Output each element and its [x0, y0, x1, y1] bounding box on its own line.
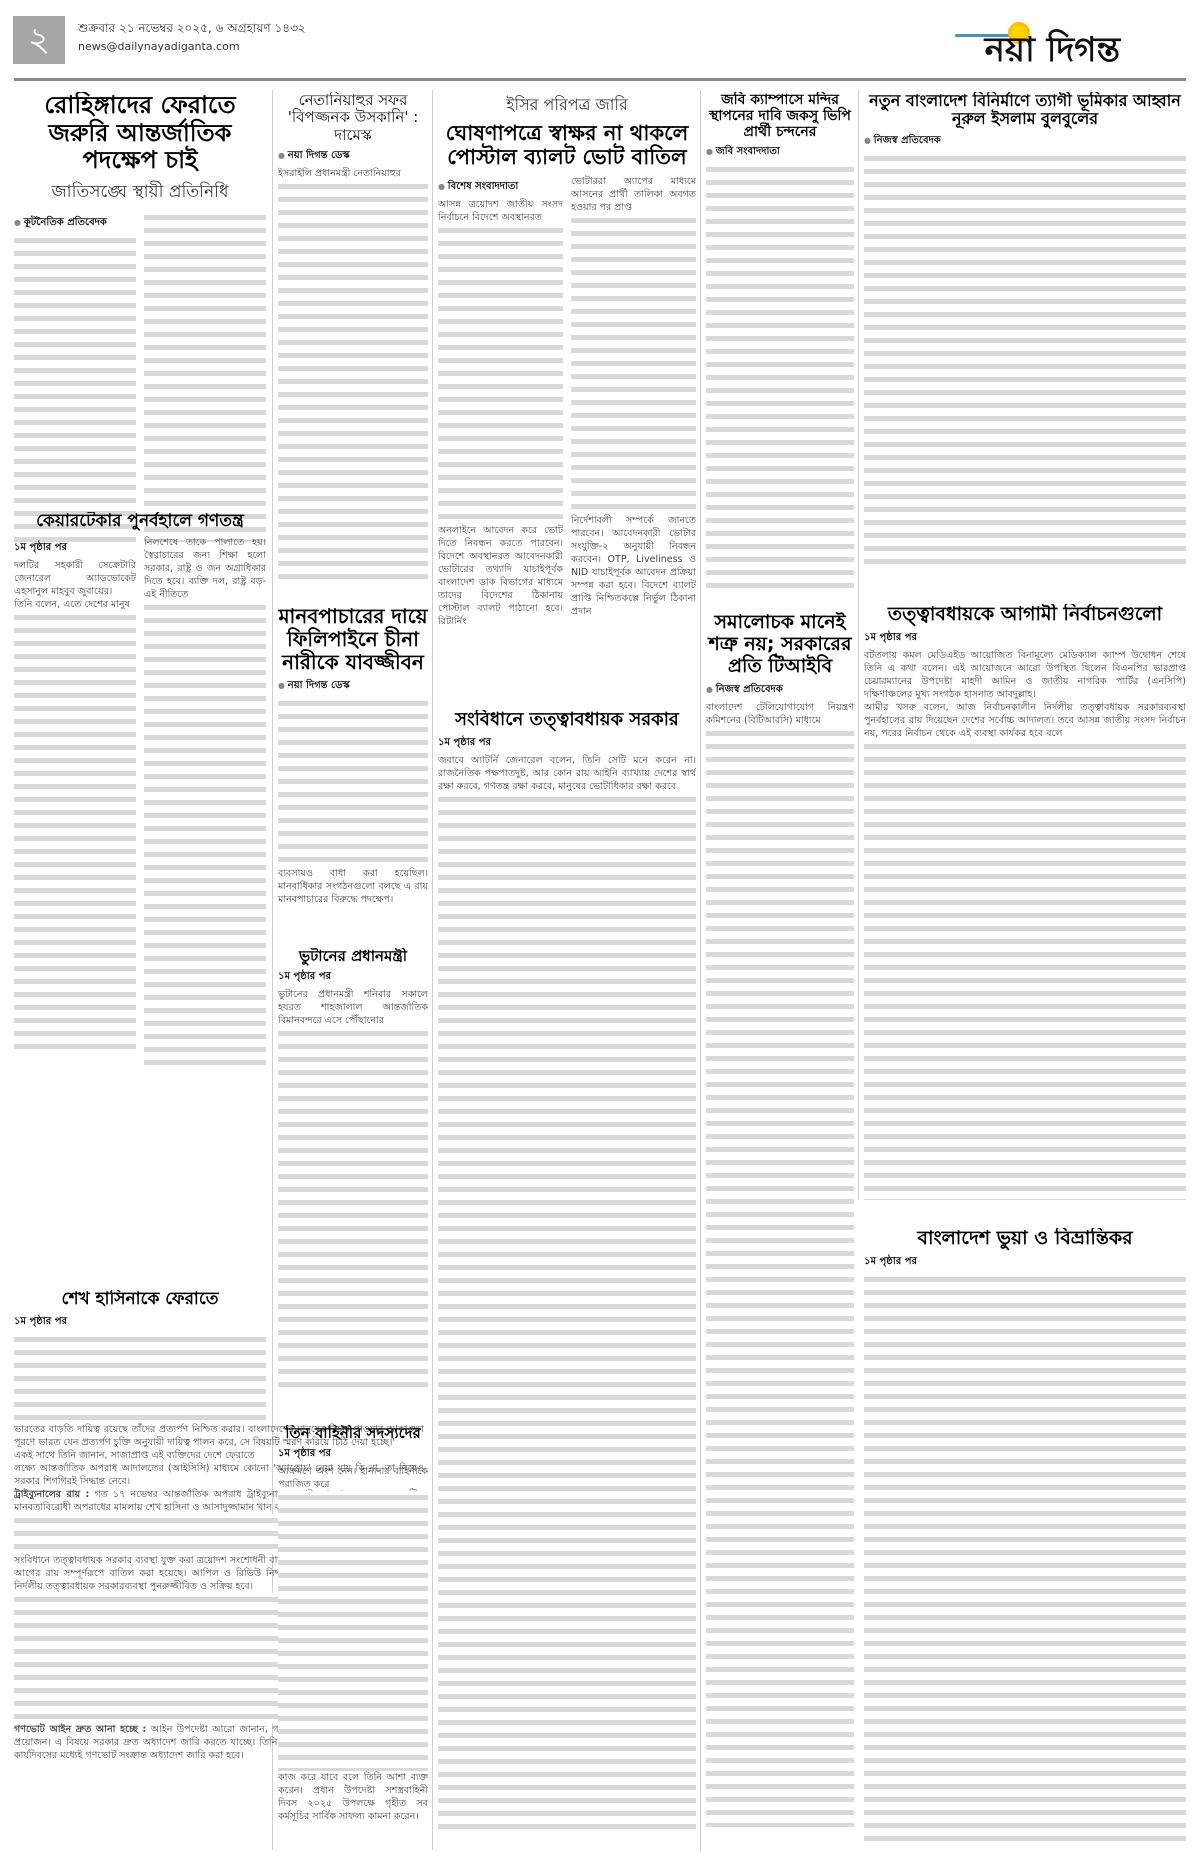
article-body — [864, 740, 1186, 1200]
newspaper-logo: নয়া দিগন্ত — [985, 24, 1120, 81]
article-body — [14, 234, 136, 542]
article-jabi-temple: জবি ক্যাম্পাসে মন্দির স্থাপনের দাবি জকসু… — [706, 92, 854, 592]
article-text: ভোটাররা অ্যাপের মাধ্যমে আসনের প্রার্থী ত… — [571, 175, 696, 214]
article-human-trafficking: মানবপাচারের দায়ে ফিলিপাইনে চীনা নারীকে … — [278, 605, 428, 945]
article-body — [14, 611, 136, 1051]
continued-label: ১ম পৃষ্ঠার পর — [278, 969, 428, 986]
publication-date: শুক্রবার ২১ নভেম্বর ২০২৫, ৬ অগ্রহায়ণ ১৪… — [78, 20, 306, 40]
continued-label: ১ম পৃষ্ঠার পর — [864, 630, 1186, 647]
column-divider — [858, 90, 859, 1200]
article-text: ব্যবসায়ও বাধা করা হয়েছিল। মানবাধিকার স… — [278, 867, 428, 906]
subsection-label: ট্রাইব্যুনালের রায় : — [14, 1489, 89, 1500]
byline: কূটনৈতিক প্রতিবেদক — [14, 215, 136, 232]
article-bulbul: নতুন বাংলাদেশ বিনির্মাণে ত্যাগী ভূমিকার … — [864, 92, 1186, 597]
article-text: ভুটানের প্রধানমন্ত্রী শনিবার সকালে হযরত … — [278, 988, 428, 1027]
article-text: বটতলায় কমল মেডিএইড আয়োজিত বিনামূল্যে ম… — [864, 649, 1186, 701]
article-postal-ballot: ইসির পরিপত্র জারি ঘোষণাপত্রে স্বাক্ষর না… — [438, 92, 696, 702]
headline[interactable]: মানবপাচারের দায়ে ফিলিপাইনে চীনা নারীকে … — [278, 605, 428, 674]
masthead-rule — [14, 78, 1186, 81]
column-divider — [700, 90, 701, 1850]
byline: নয়া দিগন্ত ডেস্ক — [278, 148, 428, 165]
article-body — [278, 1491, 428, 1771]
article-body — [144, 601, 266, 1071]
article-body — [864, 152, 1186, 572]
article-body — [14, 1333, 266, 1423]
article-text: আমীর খসরু বলেন, আজ নির্বাচনকালীন নির্দলী… — [864, 701, 1186, 740]
continued-label: ১ম পৃষ্ঠার পর — [864, 1254, 1186, 1271]
subsection-label: গণভোট আইন দ্রুত আনা হচ্ছে : — [14, 1724, 146, 1735]
article-caretaker-elections: তত্ত্বাবধায়কে আগামী নির্বাচনগুলো ১ম পৃষ… — [864, 604, 1186, 1214]
article-body — [278, 180, 428, 580]
byline: নয়া দিগন্ত ডেস্ক — [278, 678, 428, 695]
article-text: নির্দেশাবলী সম্পর্কে জানতে পারবেন। আবেদন… — [571, 514, 696, 618]
article-text: বাংলাদেশ টেলিযোগাযোগ নিয়ন্ত্রণ কমিশনের … — [706, 701, 854, 727]
article-bhutan: ভুটানের প্রধানমন্ত্রী ১ম পৃষ্ঠার পর ভুটা… — [278, 948, 428, 1418]
page-number-badge: ২ — [13, 16, 65, 64]
article-text: কাজ করে যাবে বলে তিনি আশা ব্যক্ত করেন। প… — [278, 1771, 428, 1823]
subhead: জাতিসঙ্ঘে স্থায়ী প্রতিনিধি — [14, 179, 266, 207]
article-body — [438, 224, 563, 524]
article-tib: সমালোচক মানেই শত্রু নয়; সরকারের প্রতি ট… — [706, 612, 854, 1862]
article-text: দলটির সহকারী সেক্রেটারি জেনারেল অ্যাডভোক… — [14, 559, 136, 598]
article-body — [144, 211, 266, 542]
article-netanyahu: নেতানিয়াহুর সফর 'বিপজ্জনক উসকানি' : দাম… — [278, 92, 428, 592]
headline[interactable]: নতুন বাংলাদেশ বিনির্মাণে ত্যাগী ভূমিকার … — [864, 92, 1186, 129]
article-text: নিলশেষে তাকে পালাতে হয়। স্বৈরাচারের জন্… — [144, 536, 266, 601]
article-fake-misleading: বাংলাদেশ ভুয়া ও বিভ্রান্তিকর ১ম পৃষ্ঠার… — [864, 1228, 1186, 1858]
article-text: ইসরাইলি প্রধানমন্ত্রী নেতানিয়াহুর — [278, 167, 428, 180]
article-body — [278, 1027, 428, 1387]
headline[interactable]: সংবিধানে তত্ত্বাবধায়ক সরকার — [438, 710, 696, 731]
article-body — [864, 1273, 1186, 1843]
masthead: ২ শুক্রবার ২১ নভেম্বর ২০২৫, ৬ অগ্রহায়ণ … — [0, 0, 1200, 78]
headline[interactable]: সমালোচক মানেই শত্রু নয়; সরকারের প্রতি ট… — [706, 612, 854, 678]
article-text: আক্রমণে অংশ নেন। হানাদার বাহিনীকে পরাজিত… — [278, 1465, 428, 1491]
headline[interactable]: বাংলাদেশ ভুয়া ও বিভ্রান্তিকর — [864, 1228, 1186, 1250]
headline[interactable]: জবি ক্যাম্পাসে মন্দির স্থাপনের দাবি জকসু… — [706, 92, 854, 140]
headline[interactable]: রোহিঙ্গাদের ফেরাতে জরুরি আন্তর্জাতিক পদক… — [14, 92, 266, 175]
article-body — [706, 163, 854, 592]
article-text: অনলাইনে আবেদন করে ভোট দিতে নিবন্ধন করতে … — [438, 524, 563, 628]
contact-email[interactable]: news@dailynayadiganta.com — [78, 40, 240, 53]
article-body — [706, 727, 854, 1827]
article-rohingya: রোহিঙ্গাদের ফেরাতে জরুরি আন্তর্জাতিক পদক… — [14, 92, 266, 542]
continued-label: ১ম পৃষ্ঠার পর — [438, 735, 696, 752]
continued-label: ১ম পৃষ্ঠার পর — [14, 540, 136, 557]
article-three-forces: তিন বাহিনীর সদস্যদের ১ম পৃষ্ঠার পর আক্রম… — [278, 1425, 428, 1860]
kicker: ইসির পরিপত্র জারি — [438, 92, 696, 119]
headline[interactable]: ভুটানের প্রধানমন্ত্রী — [278, 948, 428, 965]
headline[interactable]: নেতানিয়াহুর সফর 'বিপজ্জনক উসকানি' : দাম… — [278, 92, 428, 144]
byline: নিজস্ব প্রতিবেদক — [864, 133, 1186, 150]
byline: বিশেষ সংবাদদাতা — [438, 179, 563, 196]
article-body — [438, 793, 696, 1833]
article-text: তিনি বলেন, এতে দেশের মানুষ — [14, 598, 136, 611]
byline: জবি সংবাদদাতা — [706, 144, 854, 161]
article-text: জবাবে অ্যাটর্নি জেনারেল বলেন, তিনি সেটি … — [438, 754, 696, 793]
article-body — [571, 214, 696, 514]
headline[interactable]: ঘোষণাপত্রে স্বাক্ষর না থাকলে পোস্টাল ব্য… — [438, 121, 696, 169]
column-divider — [432, 90, 433, 1850]
article-text: আসন্ন ত্রয়োদশ জাতীয় সংসদ নির্বাচনে বিদ… — [438, 198, 563, 224]
headline[interactable]: তত্ত্বাবধায়কে আগামী নির্বাচনগুলো — [864, 604, 1186, 626]
byline: নিজস্ব প্রতিবেদক — [706, 682, 854, 699]
article-constitution: সংবিধানে তত্ত্বাবধায়ক সরকার ১ম পৃষ্ঠার … — [438, 710, 696, 1860]
headline[interactable]: কেয়ারটেকার পুনর্বহালে গণতন্ত্র — [14, 512, 266, 532]
headline[interactable]: তিন বাহিনীর সদস্যদের — [278, 1425, 428, 1442]
headline[interactable]: শেখ হাসিনাকে ফেরাতে — [14, 1290, 266, 1310]
continued-label: ১ম পৃষ্ঠার পর — [278, 1446, 428, 1463]
article-caretaker-democracy: কেয়ারটেকার পুনর্বহালে গণতন্ত্র ১ম পৃষ্ঠ… — [14, 512, 266, 1082]
article-body — [278, 697, 428, 867]
